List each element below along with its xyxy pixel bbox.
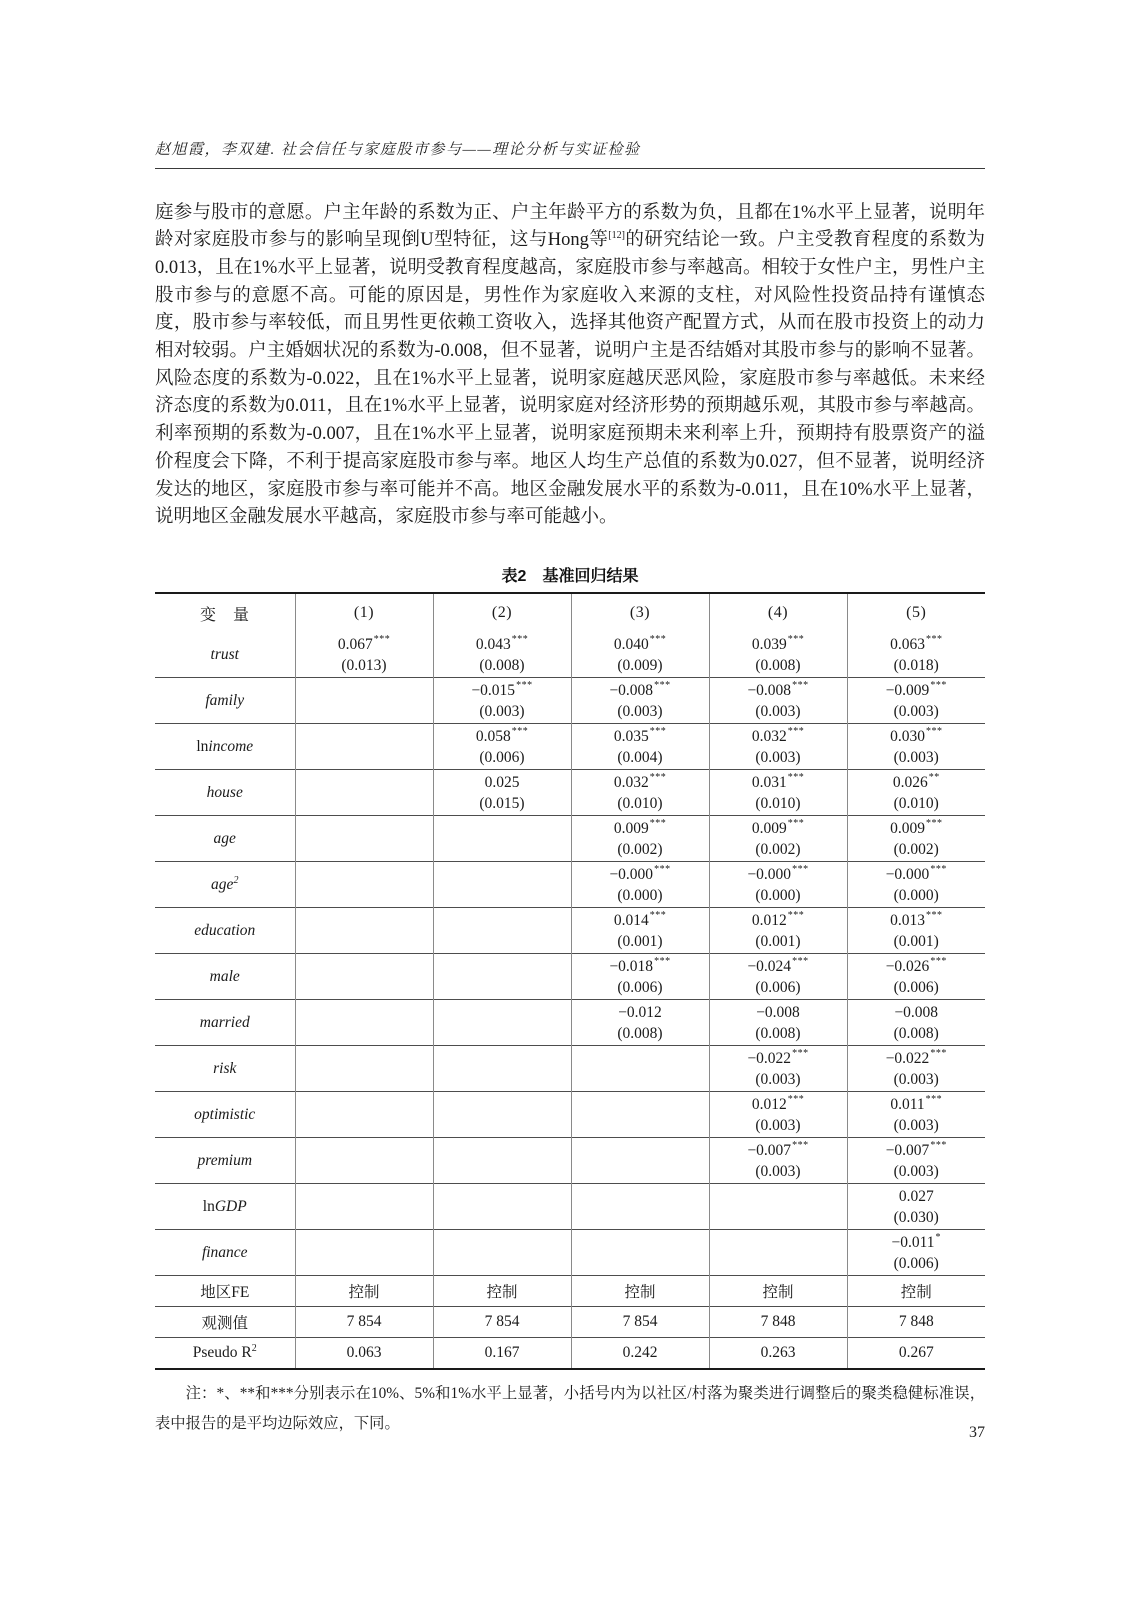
standard-error: (0.008)	[434, 655, 571, 676]
coefficient-cell: 0.012***(0.003)	[709, 1092, 847, 1138]
significance-stars: ***	[654, 680, 671, 691]
coefficient-value: 0.058***	[434, 726, 571, 747]
significance-stars: ***	[792, 1140, 809, 1151]
significance-stars: ***	[926, 910, 943, 921]
standard-error: (0.008)	[572, 1023, 709, 1044]
coefficient-value: 0.039***	[710, 634, 847, 655]
label-part: trust	[211, 646, 239, 663]
standard-error: (0.001)	[572, 931, 709, 952]
standard-error: (0.001)	[710, 931, 847, 952]
coefficient-value: −0.022***	[848, 1048, 986, 1069]
coefficient-value: −0.008***	[572, 680, 709, 701]
paper-page: 赵旭霞，李双建. 社会信任与家庭股市参与——理论分析与实证检验 庭参与股市的意愿…	[0, 0, 1140, 1600]
stat-row: 地区FE控制控制控制控制控制	[155, 1276, 985, 1307]
variable-label: age2	[155, 862, 295, 908]
coefficient-cell: 0.043***(0.008)	[433, 632, 571, 678]
significance-stars: ***	[654, 864, 671, 875]
empty-cell	[295, 678, 433, 724]
empty-cell	[571, 1230, 709, 1276]
empty-cell	[433, 954, 571, 1000]
label-part: age	[214, 830, 236, 847]
coefficient-cell: −0.008(0.008)	[847, 1000, 985, 1046]
empty-cell	[295, 1092, 433, 1138]
stat-value: 控制	[433, 1276, 571, 1307]
variable-label: trust	[155, 632, 295, 678]
standard-error: (0.003)	[710, 1115, 847, 1136]
coefficient-value: 0.040***	[572, 634, 709, 655]
coefficient-value: −0.008	[710, 1002, 847, 1023]
significance-stars: ***	[792, 1048, 809, 1059]
coefficient-value: −0.015***	[434, 680, 571, 701]
significance-stars: ***	[512, 726, 529, 737]
variable-row: married−0.012(0.008)−0.008(0.008)−0.008(…	[155, 1000, 985, 1046]
coefficient-cell: −0.009***(0.003)	[847, 678, 985, 724]
variable-row: lnincome0.058***(0.006)0.035***(0.004)0.…	[155, 724, 985, 770]
coefficient-value: −0.007***	[848, 1140, 986, 1161]
variable-label: education	[155, 908, 295, 954]
stat-row: 观测值7 8547 8547 8547 8487 848	[155, 1307, 985, 1338]
coefficient-value: −0.008	[848, 1002, 986, 1023]
coefficient-cell: −0.026***(0.006)	[847, 954, 985, 1000]
variable-label: lnincome	[155, 724, 295, 770]
coefficient-value: −0.007***	[710, 1140, 847, 1161]
coefficient-value: 0.067***	[296, 634, 433, 655]
standard-error: (0.003)	[434, 701, 571, 722]
coefficient-value: 0.012***	[710, 1094, 847, 1115]
variable-label: married	[155, 1000, 295, 1046]
standard-error: (0.002)	[710, 839, 847, 860]
coefficient-cell: 0.011***(0.003)	[847, 1092, 985, 1138]
coefficient-cell: −0.012(0.008)	[571, 1000, 709, 1046]
coefficient-value: 0.012***	[710, 910, 847, 931]
coefficient-cell: 0.012***(0.001)	[709, 908, 847, 954]
coefficient-value: −0.012	[572, 1002, 709, 1023]
label-part: male	[210, 968, 240, 985]
standard-error: (0.006)	[710, 977, 847, 998]
empty-cell	[433, 862, 571, 908]
label-part: ln	[203, 1198, 215, 1215]
coefficient-value: −0.024***	[710, 956, 847, 977]
column-header-model: (4)	[709, 593, 847, 632]
standard-error: (0.018)	[848, 655, 986, 676]
standard-error: (0.006)	[848, 1253, 986, 1274]
coefficient-value: −0.022***	[710, 1048, 847, 1069]
empty-cell	[295, 908, 433, 954]
coefficient-cell: −0.007***(0.003)	[847, 1138, 985, 1184]
coefficient-cell: 0.013***(0.001)	[847, 908, 985, 954]
standard-error: (0.003)	[848, 1069, 986, 1090]
standard-error: (0.000)	[710, 885, 847, 906]
coefficient-cell: 0.032***(0.003)	[709, 724, 847, 770]
table-body: trust0.067***(0.013)0.043***(0.008)0.040…	[155, 632, 985, 1369]
empty-cell	[709, 1184, 847, 1230]
significance-stars: ***	[788, 818, 805, 829]
coefficient-value: −0.000***	[572, 864, 709, 885]
significance-stars: ***	[650, 818, 667, 829]
label-part: premium	[197, 1152, 252, 1169]
label-part: ln	[196, 738, 208, 755]
coefficient-cell: 0.027(0.030)	[847, 1184, 985, 1230]
label-part: age	[211, 876, 233, 893]
empty-cell	[709, 1230, 847, 1276]
regression-table: 变 量(1)(2)(3)(4)(5) trust0.067***(0.013)0…	[155, 592, 985, 1370]
stat-value: 7 854	[295, 1307, 433, 1338]
coefficient-cell: 0.009***(0.002)	[571, 816, 709, 862]
coefficient-cell: 0.014***(0.001)	[571, 908, 709, 954]
coefficient-cell: 0.040***(0.009)	[571, 632, 709, 678]
coefficient-value: −0.000***	[710, 864, 847, 885]
coefficient-cell: 0.039***(0.008)	[709, 632, 847, 678]
coefficient-cell: 0.067***(0.013)	[295, 632, 433, 678]
body-paragraph: 庭参与股市的意愿。户主年龄的系数为正、户主年龄平方的系数为负，且都在1%水平上显…	[155, 200, 985, 532]
empty-cell	[433, 1138, 571, 1184]
empty-cell	[571, 1184, 709, 1230]
standard-error: (0.003)	[848, 747, 986, 768]
significance-stars: ***	[926, 634, 943, 645]
variable-row: lnGDP0.027(0.030)	[155, 1184, 985, 1230]
coefficient-cell: −0.008***(0.003)	[571, 678, 709, 724]
empty-cell	[571, 1138, 709, 1184]
label-part: 2	[252, 1343, 257, 1354]
standard-error: (0.000)	[572, 885, 709, 906]
stat-value: 0.263	[709, 1338, 847, 1370]
standard-error: (0.004)	[572, 747, 709, 768]
significance-stars: ***	[516, 680, 533, 691]
significance-stars: ***	[650, 634, 667, 645]
coefficient-value: 0.026**	[848, 772, 986, 793]
standard-error: (0.003)	[710, 1161, 847, 1182]
empty-cell	[433, 1184, 571, 1230]
variable-label: optimistic	[155, 1092, 295, 1138]
stat-value: 7 854	[571, 1307, 709, 1338]
variable-label: risk	[155, 1046, 295, 1092]
standard-error: (0.030)	[848, 1207, 986, 1228]
variable-label: finance	[155, 1230, 295, 1276]
label-part: 2	[233, 874, 238, 885]
empty-cell	[295, 1138, 433, 1184]
empty-cell	[433, 1230, 571, 1276]
coefficient-cell: 0.025(0.015)	[433, 770, 571, 816]
stat-value: 7 854	[433, 1307, 571, 1338]
coefficient-value: 0.013***	[848, 910, 986, 931]
significance-stars: **	[929, 772, 940, 783]
stat-row: Pseudo R20.0630.1670.2420.2630.267	[155, 1338, 985, 1370]
citation-superscript: [12]	[608, 230, 625, 241]
label-part: house	[207, 784, 243, 801]
empty-cell	[295, 1046, 433, 1092]
stat-value: 控制	[571, 1276, 709, 1307]
coefficient-value: 0.032***	[710, 726, 847, 747]
coefficient-cell: −0.008(0.008)	[709, 1000, 847, 1046]
significance-stars: ***	[788, 772, 805, 783]
coefficient-value: −0.011*	[848, 1232, 986, 1253]
significance-stars: ***	[788, 910, 805, 921]
standard-error: (0.006)	[848, 977, 986, 998]
significance-stars: ***	[930, 864, 947, 875]
standard-error: (0.010)	[710, 793, 847, 814]
variable-row: trust0.067***(0.013)0.043***(0.008)0.040…	[155, 632, 985, 678]
coefficient-value: 0.030***	[848, 726, 986, 747]
significance-stars: *	[936, 1232, 942, 1243]
column-header-model: (5)	[847, 593, 985, 632]
standard-error: (0.006)	[434, 747, 571, 768]
stat-value: 0.242	[571, 1338, 709, 1370]
variable-row: house0.025(0.015)0.032***(0.010)0.031***…	[155, 770, 985, 816]
coefficient-value: 0.014***	[572, 910, 709, 931]
table-caption: 表2 基准回归结果	[155, 563, 985, 586]
significance-stars: ***	[788, 634, 805, 645]
coefficient-cell: −0.008***(0.003)	[709, 678, 847, 724]
coefficient-cell: 0.032***(0.010)	[571, 770, 709, 816]
standard-error: (0.003)	[848, 1115, 986, 1136]
coefficient-cell: −0.007***(0.003)	[709, 1138, 847, 1184]
empty-cell	[571, 1046, 709, 1092]
empty-cell	[433, 816, 571, 862]
label-part: married	[200, 1014, 250, 1031]
significance-stars: ***	[930, 1140, 947, 1151]
variable-row: family−0.015***(0.003)−0.008***(0.003)−0…	[155, 678, 985, 724]
coefficient-cell: −0.018***(0.006)	[571, 954, 709, 1000]
column-header-model: (3)	[571, 593, 709, 632]
significance-stars: ***	[926, 818, 943, 829]
coefficient-cell: 0.009***(0.002)	[709, 816, 847, 862]
stat-value: 7 848	[847, 1307, 985, 1338]
variable-row: finance−0.011*(0.006)	[155, 1230, 985, 1276]
label-part: risk	[213, 1060, 236, 1077]
label-part: 观测值	[201, 1315, 248, 1332]
standard-error: (0.002)	[572, 839, 709, 860]
variable-label: age	[155, 816, 295, 862]
significance-stars: ***	[930, 1048, 947, 1059]
stat-label: 地区FE	[155, 1276, 295, 1307]
coefficient-cell: 0.009***(0.002)	[847, 816, 985, 862]
empty-cell	[295, 1184, 433, 1230]
label-part: 地区FE	[200, 1284, 249, 1301]
standard-error: (0.010)	[848, 793, 986, 814]
coefficient-value: 0.025	[434, 772, 571, 793]
variable-row: premium−0.007***(0.003)−0.007***(0.003)	[155, 1138, 985, 1184]
variable-row: male−0.018***(0.006)−0.024***(0.006)−0.0…	[155, 954, 985, 1000]
variable-row: risk−0.022***(0.003)−0.022***(0.003)	[155, 1046, 985, 1092]
empty-cell	[295, 1000, 433, 1046]
standard-error: (0.003)	[710, 747, 847, 768]
standard-error: (0.003)	[848, 701, 986, 722]
coefficient-value: 0.011***	[848, 1094, 986, 1115]
standard-error: (0.001)	[848, 931, 986, 952]
coefficient-cell: 0.031***(0.010)	[709, 770, 847, 816]
significance-stars: ***	[792, 680, 809, 691]
empty-cell	[295, 954, 433, 1000]
standard-error: (0.003)	[710, 701, 847, 722]
coefficient-cell: −0.000***(0.000)	[847, 862, 985, 908]
label-part: finance	[202, 1244, 248, 1261]
coefficient-value: −0.026***	[848, 956, 986, 977]
stat-value: 7 848	[709, 1307, 847, 1338]
running-header: 赵旭霞，李双建. 社会信任与家庭股市参与——理论分析与实证检验	[155, 138, 985, 159]
variable-label: male	[155, 954, 295, 1000]
standard-error: (0.000)	[848, 885, 986, 906]
coefficient-value: 0.009***	[710, 818, 847, 839]
empty-cell	[571, 1092, 709, 1138]
empty-cell	[433, 1092, 571, 1138]
coefficient-value: 0.043***	[434, 634, 571, 655]
coefficient-value: 0.031***	[710, 772, 847, 793]
column-header-model: (1)	[295, 593, 433, 632]
variable-row: optimistic0.012***(0.003)0.011***(0.003)	[155, 1092, 985, 1138]
empty-cell	[295, 724, 433, 770]
coefficient-value: −0.000***	[848, 864, 986, 885]
coefficient-value: 0.009***	[572, 818, 709, 839]
standard-error: (0.015)	[434, 793, 571, 814]
page-number: 37	[155, 1424, 985, 1442]
label-part: education	[194, 922, 255, 939]
significance-stars: ***	[792, 956, 809, 967]
variable-label: premium	[155, 1138, 295, 1184]
significance-stars: ***	[374, 634, 391, 645]
stat-value: 0.063	[295, 1338, 433, 1370]
variable-label: lnGDP	[155, 1184, 295, 1230]
table-header-row: 变 量(1)(2)(3)(4)(5)	[155, 593, 985, 632]
significance-stars: ***	[650, 910, 667, 921]
stat-value: 控制	[847, 1276, 985, 1307]
label-part: Pseudo R	[193, 1344, 252, 1361]
coefficient-cell: −0.000***(0.000)	[709, 862, 847, 908]
coefficient-value: −0.018***	[572, 956, 709, 977]
stat-value: 控制	[709, 1276, 847, 1307]
significance-stars: ***	[512, 634, 529, 645]
column-header-variable: 变 量	[155, 593, 295, 632]
stat-value: 0.267	[847, 1338, 985, 1370]
coefficient-cell: 0.035***(0.004)	[571, 724, 709, 770]
coefficient-value: −0.008***	[710, 680, 847, 701]
significance-stars: ***	[926, 1094, 943, 1105]
standard-error: (0.013)	[296, 655, 433, 676]
coefficient-cell: −0.015***(0.003)	[433, 678, 571, 724]
coefficient-value: 0.035***	[572, 726, 709, 747]
coefficient-cell: −0.022***(0.003)	[709, 1046, 847, 1092]
significance-stars: ***	[930, 680, 947, 691]
significance-stars: ***	[654, 956, 671, 967]
coefficient-value: −0.009***	[848, 680, 986, 701]
variable-label: family	[155, 678, 295, 724]
standard-error: (0.008)	[710, 1023, 847, 1044]
label-part: optimistic	[194, 1106, 255, 1123]
coefficient-cell: 0.030***(0.003)	[847, 724, 985, 770]
coefficient-cell: 0.058***(0.006)	[433, 724, 571, 770]
table-head: 变 量(1)(2)(3)(4)(5)	[155, 593, 985, 632]
coefficient-cell: −0.022***(0.003)	[847, 1046, 985, 1092]
header-divider	[155, 168, 985, 169]
label-part: family	[205, 692, 244, 709]
stat-value: 0.167	[433, 1338, 571, 1370]
empty-cell	[295, 816, 433, 862]
variable-row: age2−0.000***(0.000)−0.000***(0.000)−0.0…	[155, 862, 985, 908]
coefficient-value: 0.009***	[848, 818, 986, 839]
standard-error: (0.006)	[572, 977, 709, 998]
coefficient-cell: 0.026**(0.010)	[847, 770, 985, 816]
variable-row: age0.009***(0.002)0.009***(0.002)0.009**…	[155, 816, 985, 862]
empty-cell	[295, 1230, 433, 1276]
label-part: income	[208, 738, 253, 755]
coefficient-cell: −0.011*(0.006)	[847, 1230, 985, 1276]
empty-cell	[433, 908, 571, 954]
standard-error: (0.002)	[848, 839, 986, 860]
empty-cell	[295, 862, 433, 908]
significance-stars: ***	[930, 956, 947, 967]
coefficient-cell: −0.024***(0.006)	[709, 954, 847, 1000]
variable-row: education0.014***(0.001)0.012***(0.001)0…	[155, 908, 985, 954]
standard-error: (0.003)	[710, 1069, 847, 1090]
coefficient-value: 0.027	[848, 1186, 986, 1207]
stat-label: Pseudo R2	[155, 1338, 295, 1370]
standard-error: (0.003)	[848, 1161, 986, 1182]
empty-cell	[433, 1046, 571, 1092]
significance-stars: ***	[788, 726, 805, 737]
stat-value: 控制	[295, 1276, 433, 1307]
regression-table-wrap: 变 量(1)(2)(3)(4)(5) trust0.067***(0.013)0…	[155, 592, 985, 1370]
coefficient-value: 0.032***	[572, 772, 709, 793]
stat-label: 观测值	[155, 1307, 295, 1338]
standard-error: (0.009)	[572, 655, 709, 676]
coefficient-cell: −0.000***(0.000)	[571, 862, 709, 908]
label-part: GDP	[215, 1198, 247, 1215]
empty-cell	[295, 770, 433, 816]
significance-stars: ***	[650, 772, 667, 783]
standard-error: (0.003)	[572, 701, 709, 722]
significance-stars: ***	[788, 1094, 805, 1105]
variable-label: house	[155, 770, 295, 816]
empty-cell	[433, 1000, 571, 1046]
standard-error: (0.008)	[710, 655, 847, 676]
standard-error: (0.008)	[848, 1023, 986, 1044]
significance-stars: ***	[650, 726, 667, 737]
significance-stars: ***	[792, 864, 809, 875]
significance-stars: ***	[926, 726, 943, 737]
coefficient-cell: 0.063***(0.018)	[847, 632, 985, 678]
column-header-model: (2)	[433, 593, 571, 632]
standard-error: (0.010)	[572, 793, 709, 814]
paragraph-text-part2: 的研究结论一致。户主受教育程度的系数为0.013，且在1%水平上显著，说明受教育…	[155, 230, 985, 527]
coefficient-value: 0.063***	[848, 634, 986, 655]
